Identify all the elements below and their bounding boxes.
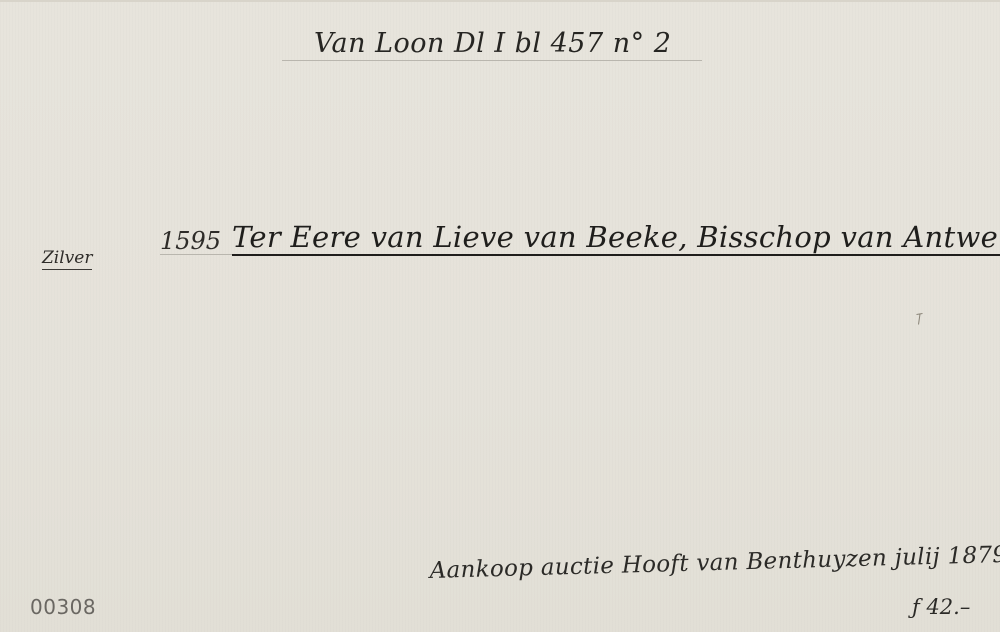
card-top-edge (0, 0, 1000, 2)
material-label: Zilver (42, 250, 92, 270)
pencil-mark-icon (916, 313, 923, 325)
year: 1595 (160, 229, 221, 253)
medal-title: Ter Eere van Lieve van Beeke, Bisschop v… (232, 223, 1000, 256)
acquisition-note: Aankoop auctie Hooft van Benthuyzen juli… (429, 544, 1000, 583)
heading-ruled-line (282, 60, 702, 61)
catalogue-card: Van Loon Dl I bl 457 n° 2 Zilver 1595 Te… (0, 0, 1000, 632)
price: ƒ 42.– (912, 597, 970, 618)
inventory-number: 00308 (30, 597, 96, 617)
reference-heading: Van Loon Dl I bl 457 n° 2 (314, 30, 671, 57)
